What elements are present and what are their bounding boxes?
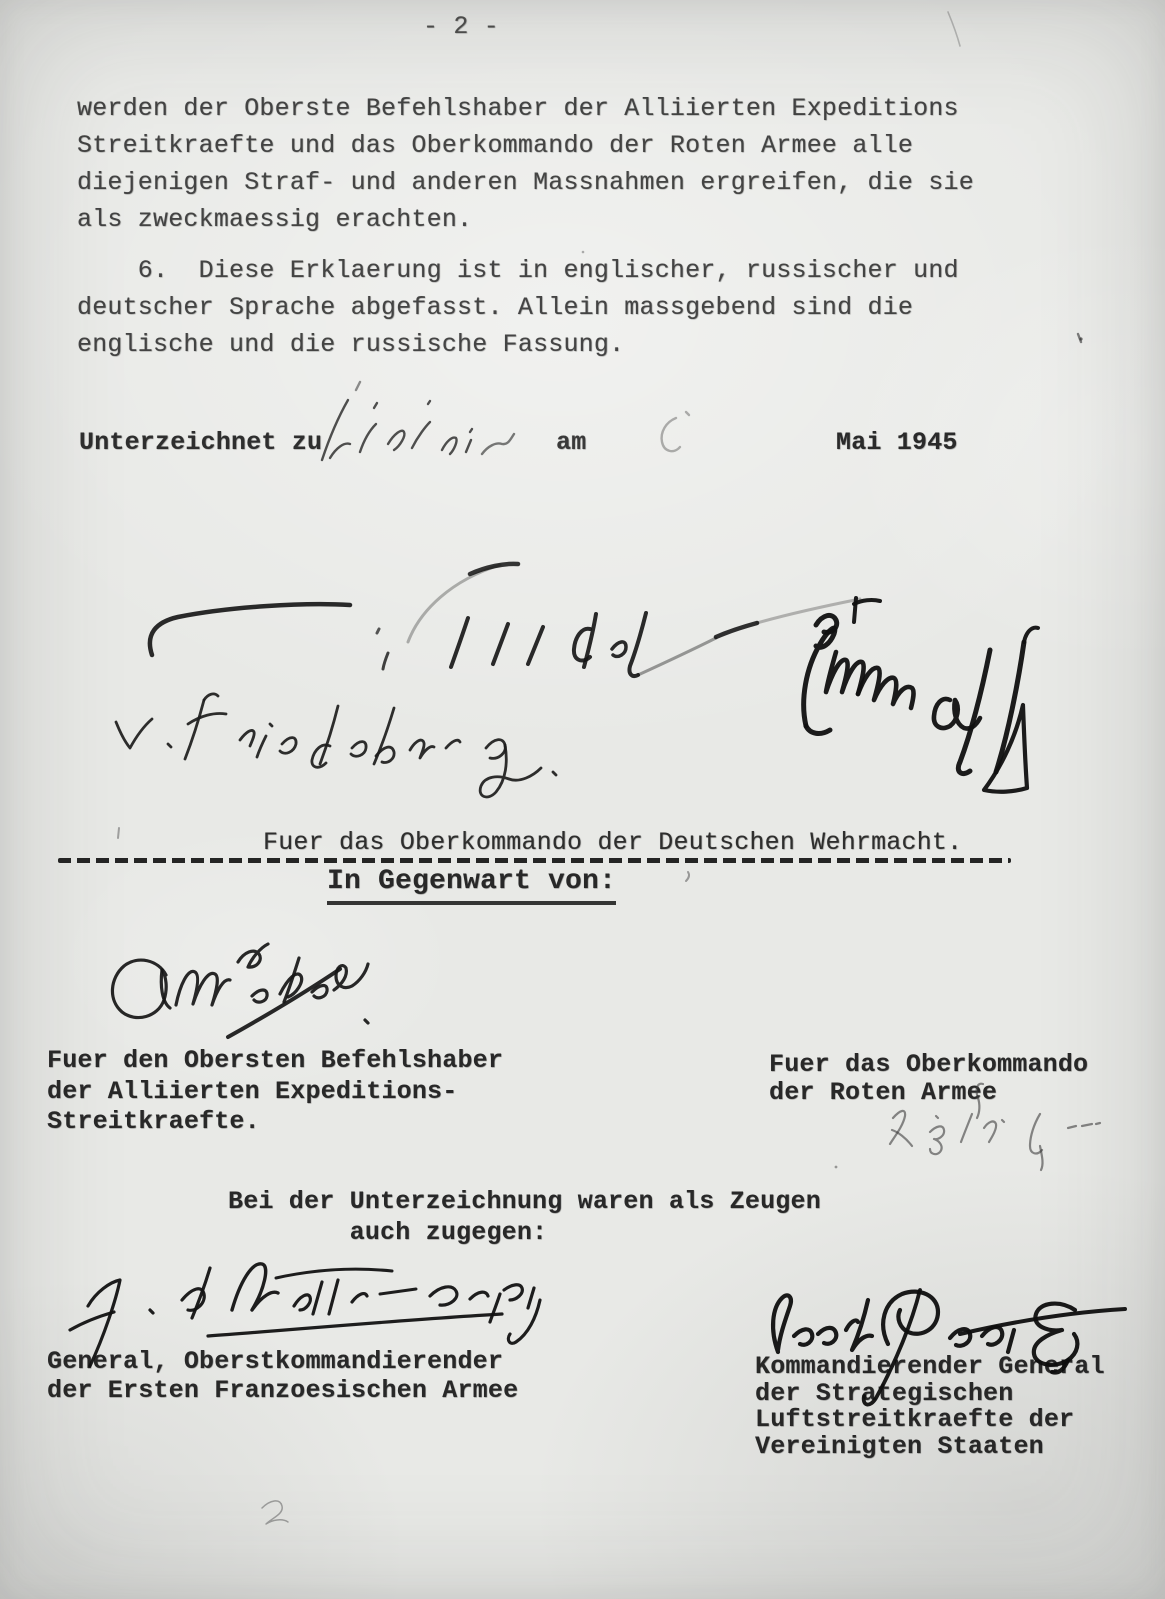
allied-commander-caption: Fuer den Obersten Befehlshaber der Allii… xyxy=(47,1046,503,1138)
wehrmacht-caption: Fuer das Oberkommando der Deutschen Wehr… xyxy=(263,827,962,858)
presence-heading: In Gegenwart von: xyxy=(327,866,616,905)
page-number: - 2 - xyxy=(423,8,499,45)
us-general-caption: Kommandierender General der Strategische… xyxy=(755,1354,1105,1460)
signing-line-prefix: Unterzeichnet zu xyxy=(79,424,322,461)
dashed-divider xyxy=(58,858,1011,863)
red-army-caption: Fuer das Oberkommando der Roten Armee xyxy=(769,1051,1088,1107)
signature-keitel xyxy=(150,564,860,676)
french-general-caption: General, Oberstkommandierender der Erste… xyxy=(47,1347,518,1405)
signature-friedeburg xyxy=(116,694,556,797)
handwriting-location xyxy=(322,382,514,460)
paragraph-6: 6. Diese Erklaerung ist in englischer, r… xyxy=(77,252,959,363)
signature-stumpff xyxy=(804,598,1038,792)
signature-tedder xyxy=(112,944,368,1037)
photo-artifacts xyxy=(118,12,1083,1524)
signing-line-conjunction: am xyxy=(556,424,586,461)
paragraph-continuation: werden der Oberste Befehlshaber der Alli… xyxy=(77,90,974,238)
signing-line-date: Mai 1945 xyxy=(836,424,958,461)
surrender-document-page: - 2 - werden der Oberste Befehlshaber de… xyxy=(0,0,1165,1599)
handwriting-day xyxy=(662,412,689,451)
witness-heading: Bei der Unterzeichnung waren als Zeugen … xyxy=(228,1186,821,1248)
